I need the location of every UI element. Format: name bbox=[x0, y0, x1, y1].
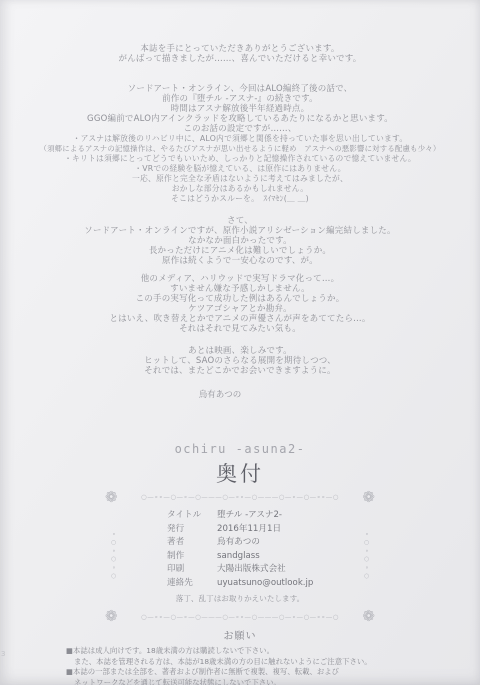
chain-border-bottom-icon: ○—∘∘—○—∘—○———○—∘∘—○———○—∘—○—∘∘—○ bbox=[125, 613, 355, 621]
request-line: ネットワークなどを通じて転送可能な状態にしないで下さい。 bbox=[66, 678, 414, 685]
closing-line: ヒットして、SAOのさらなる展開を期待しつつ、 bbox=[0, 356, 480, 366]
request-line: ■本誌の一部または全部を、著者および制作者に無断で複製、複写、転載、および bbox=[66, 667, 414, 678]
colophon-row: 著者 烏有あつの bbox=[167, 536, 371, 550]
colophon-value: sandglass bbox=[217, 550, 260, 564]
flower-ornament-icon: ❁ bbox=[362, 490, 375, 505]
novel-line: 長かっただけにアニメ化は難しいでしょうか。 bbox=[0, 246, 480, 256]
media-line: それはそれで見てみたい気も。 bbox=[0, 324, 480, 334]
media-line: 他のメディア、ハリウッドで実写ドラマ化って…。 bbox=[0, 274, 480, 284]
replacement-note: 落丁、乱丁はお取りかえいたします。 bbox=[109, 593, 371, 604]
colophon-label: 印刷 bbox=[167, 563, 217, 577]
setting-line: ・VRでの経験を脳が憶えている、は原作にはありません。 bbox=[0, 164, 480, 174]
author-signature: 烏有あつの bbox=[0, 388, 460, 400]
closing-line: それでは、またどこかでお会いできますように。 bbox=[0, 366, 480, 376]
story-line: ソードアート・オンライン、今回はALO編終了後の話で、 bbox=[0, 84, 480, 94]
story-line: このお話の設定ですが……、 bbox=[0, 124, 480, 134]
story-notes-block: ソードアート・オンライン、今回はALO編終了後の話で、 前作の『堕チル -アスナ… bbox=[0, 84, 480, 134]
novel-line: なかなか面白かったです。 bbox=[0, 236, 480, 246]
colophon-value: 烏有あつの bbox=[217, 536, 260, 550]
media-line: この手の実写化って成功した例はあるんでしょうか。 bbox=[0, 294, 480, 304]
colophon-label: 連絡先 bbox=[167, 577, 217, 591]
setting-line: おかしな部分はあるかもしれません。 bbox=[0, 184, 480, 194]
novel-line: ソードアート・オンラインですが、原作小説アリシゼーション編完結しました。 bbox=[0, 226, 480, 236]
greeting-line: 本誌を手にとっていただきありがとうございます。 bbox=[0, 44, 480, 54]
media-line: とはいえ、吹き替えとかでアニメの声優さんが声をあててたら…。 bbox=[0, 314, 480, 324]
colophon-row: 発行 2016年11月1日 bbox=[167, 523, 371, 537]
colophon-row: 連絡先 uyuatsuno@outlook.jp bbox=[167, 577, 371, 591]
colophon-row: 制作 sandglass bbox=[167, 550, 371, 564]
colophon-label: 制作 bbox=[167, 550, 217, 564]
flower-ornament-icon: ❁ bbox=[105, 609, 118, 624]
novel-notes-block: さて、 ソードアート・オンラインですが、原作小説アリシゼーション編完結しました。… bbox=[0, 216, 480, 266]
greeting-line: がんばって描きましたが……、喜んでいただけると幸いです。 bbox=[0, 54, 480, 64]
setting-line: 一応、原作と完全な矛盾はないように考えてはみましたが、 bbox=[0, 174, 480, 184]
colophon-box: ❁ ❁ ❁ ❁ ○—∘∘—○—∘—○———○—∘∘—○———○—∘—○—∘∘—○… bbox=[109, 496, 371, 618]
closing-line: あとは映画、楽しみです。 bbox=[0, 346, 480, 356]
chain-border-right-icon: ∘○∘○∘○ bbox=[363, 512, 370, 602]
colophon-rows: タイトル 堕チル -アスナ2- 発行 2016年11月1日 著者 烏有あつの 制… bbox=[109, 509, 371, 590]
request-line: また、本誌を管理される方は、本誌が18歳未満の方の目に触れないようにご注意下さい… bbox=[66, 657, 414, 668]
colophon-heading: 奥付 bbox=[0, 458, 480, 488]
request-line: ■本誌は成人向けです。18歳未満の方は購読しないで下さい。 bbox=[66, 646, 414, 657]
colophon-label: 発行 bbox=[167, 523, 217, 537]
story-line: GGO編前でALO内アインクラッドを攻略しているあたりになるかと思います。 bbox=[0, 114, 480, 124]
closing-block: あとは映画、楽しみです。 ヒットして、SAOのさらなる展開を期待しつつ、 それで… bbox=[0, 346, 480, 376]
request-heading: お願い bbox=[0, 627, 480, 642]
novel-line: 原作は続くようで一安心なのです、が。 bbox=[0, 256, 480, 266]
novel-line: さて、 bbox=[0, 216, 480, 226]
setting-line: ・アスナは解放後のリハビリ中に、ALO内で須郷と関係を持っていた事を思い出してい… bbox=[0, 134, 480, 144]
media-line: ケツアゴシャアとか勘弁。 bbox=[0, 304, 480, 314]
story-line: 前作の『堕チル -アスナ-』の続きです。 bbox=[0, 94, 480, 104]
greeting-block: 本誌を手にとっていただきありがとうございます。 がんばって描きましたが……、喜ん… bbox=[0, 44, 480, 64]
media-line: すいません嫌な予感しかしません。 bbox=[0, 284, 480, 294]
flower-ornament-icon: ❁ bbox=[362, 609, 375, 624]
chain-border-left-icon: ∘○∘○∘○ bbox=[110, 512, 117, 602]
romanized-title: ochiru -asuna2- bbox=[0, 442, 480, 456]
setting-line: ・キリトは須郷にとってどうでもいいため、しっかりと記憶操作されているので憶えてい… bbox=[0, 154, 480, 164]
flower-ornament-icon: ❁ bbox=[105, 490, 118, 505]
colophon-row: タイトル 堕チル -アスナ2- bbox=[167, 509, 371, 523]
colophon-row: 印刷 大陽出版株式会社 bbox=[167, 563, 371, 577]
colophon-value: 堕チル -アスナ2- bbox=[217, 509, 282, 523]
colophon-value: 2016年11月1日 bbox=[217, 523, 281, 537]
setting-line: （須郷によるアスナの記憶操作は、やるたびアスナが思い出せるように軽め アスナへの… bbox=[0, 144, 480, 154]
colophon-label: 著者 bbox=[167, 536, 217, 550]
colophon-value: uyuatsuno@outlook.jp bbox=[217, 577, 313, 591]
setting-line: そこはどうかスルーを。 ｽｲﾏｾﾝ(＿ ＿) bbox=[0, 194, 480, 204]
media-notes-block: 他のメディア、ハリウッドで実写ドラマ化って…。 すいません嫌な予感しかしません。… bbox=[0, 274, 480, 334]
scanned-afterword-page: 本誌を手にとっていただきありがとうございます。 がんばって描きましたが……、喜ん… bbox=[0, 0, 480, 685]
page-number: 3 bbox=[1, 650, 5, 658]
story-line: 時間はアスナ解放後半年経過時点。 bbox=[0, 104, 480, 114]
colophon-value: 大陽出版株式会社 bbox=[217, 563, 286, 577]
chain-border-top-icon: ○—∘∘—○—∘—○———○—∘∘—○———○—∘—○—∘∘—○ bbox=[125, 493, 355, 501]
request-block: ■本誌は成人向けです。18歳未満の方は購読しないで下さい。 また、本誌を管理され… bbox=[66, 646, 414, 685]
colophon-label: タイトル bbox=[167, 509, 217, 523]
setting-notes-block: ・アスナは解放後のリハビリ中に、ALO内で須郷と関係を持っていた事を思い出してい… bbox=[0, 134, 480, 204]
